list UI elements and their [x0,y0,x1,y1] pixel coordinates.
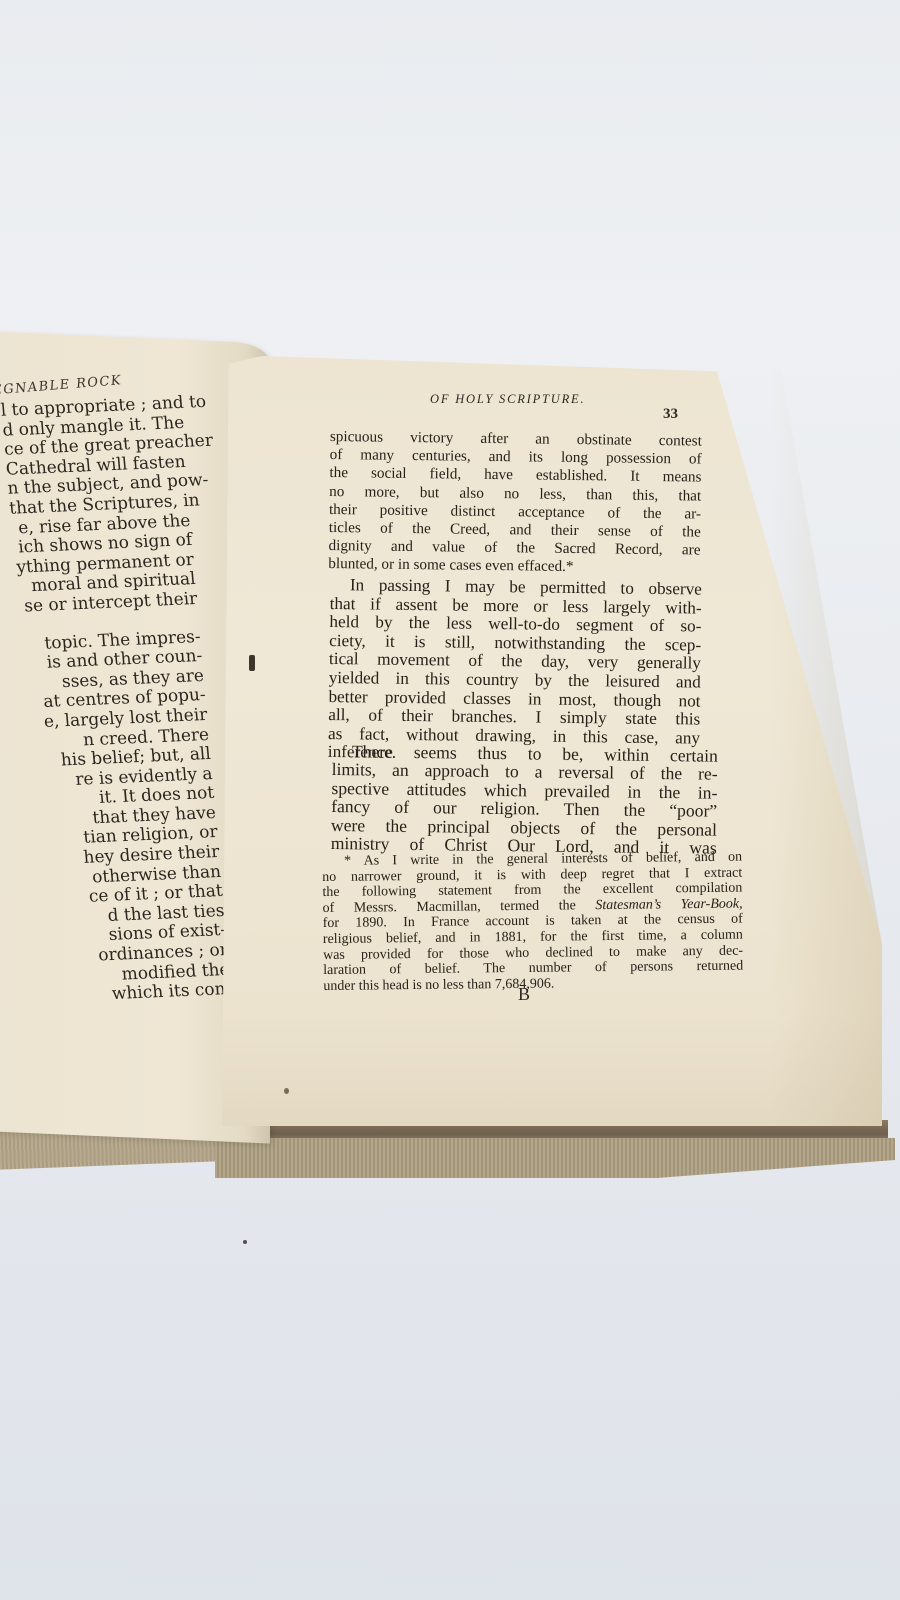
paragraph-2: In passing I may be permitted to observe… [328,576,702,766]
footnote: * As I write in the general interests of… [322,850,743,995]
right-running-head: OF HOLY SCRIPTURE. [430,392,585,407]
binding-tear [249,655,255,671]
page-number: 33 [663,406,678,423]
left-page-text: l to appropriate ; and to d only mangle … [0,394,232,1008]
left-running-head: EGNABLE ROCK [0,373,123,398]
surface-speck [243,1240,247,1244]
paragraph-3: There seems thus to be, within certain l… [331,742,718,857]
photo-scene: EGNABLE ROCK l to appropriate ; and to d… [0,0,900,1600]
book-title-italic: Statesman’s Year-Book, [595,896,742,913]
paragraph-1: spicuous victory after an obstinate cont… [328,428,702,578]
paper-speck [284,1088,289,1094]
book-cloth-bottom-right [215,1138,895,1178]
signature-mark: B [518,984,530,1005]
